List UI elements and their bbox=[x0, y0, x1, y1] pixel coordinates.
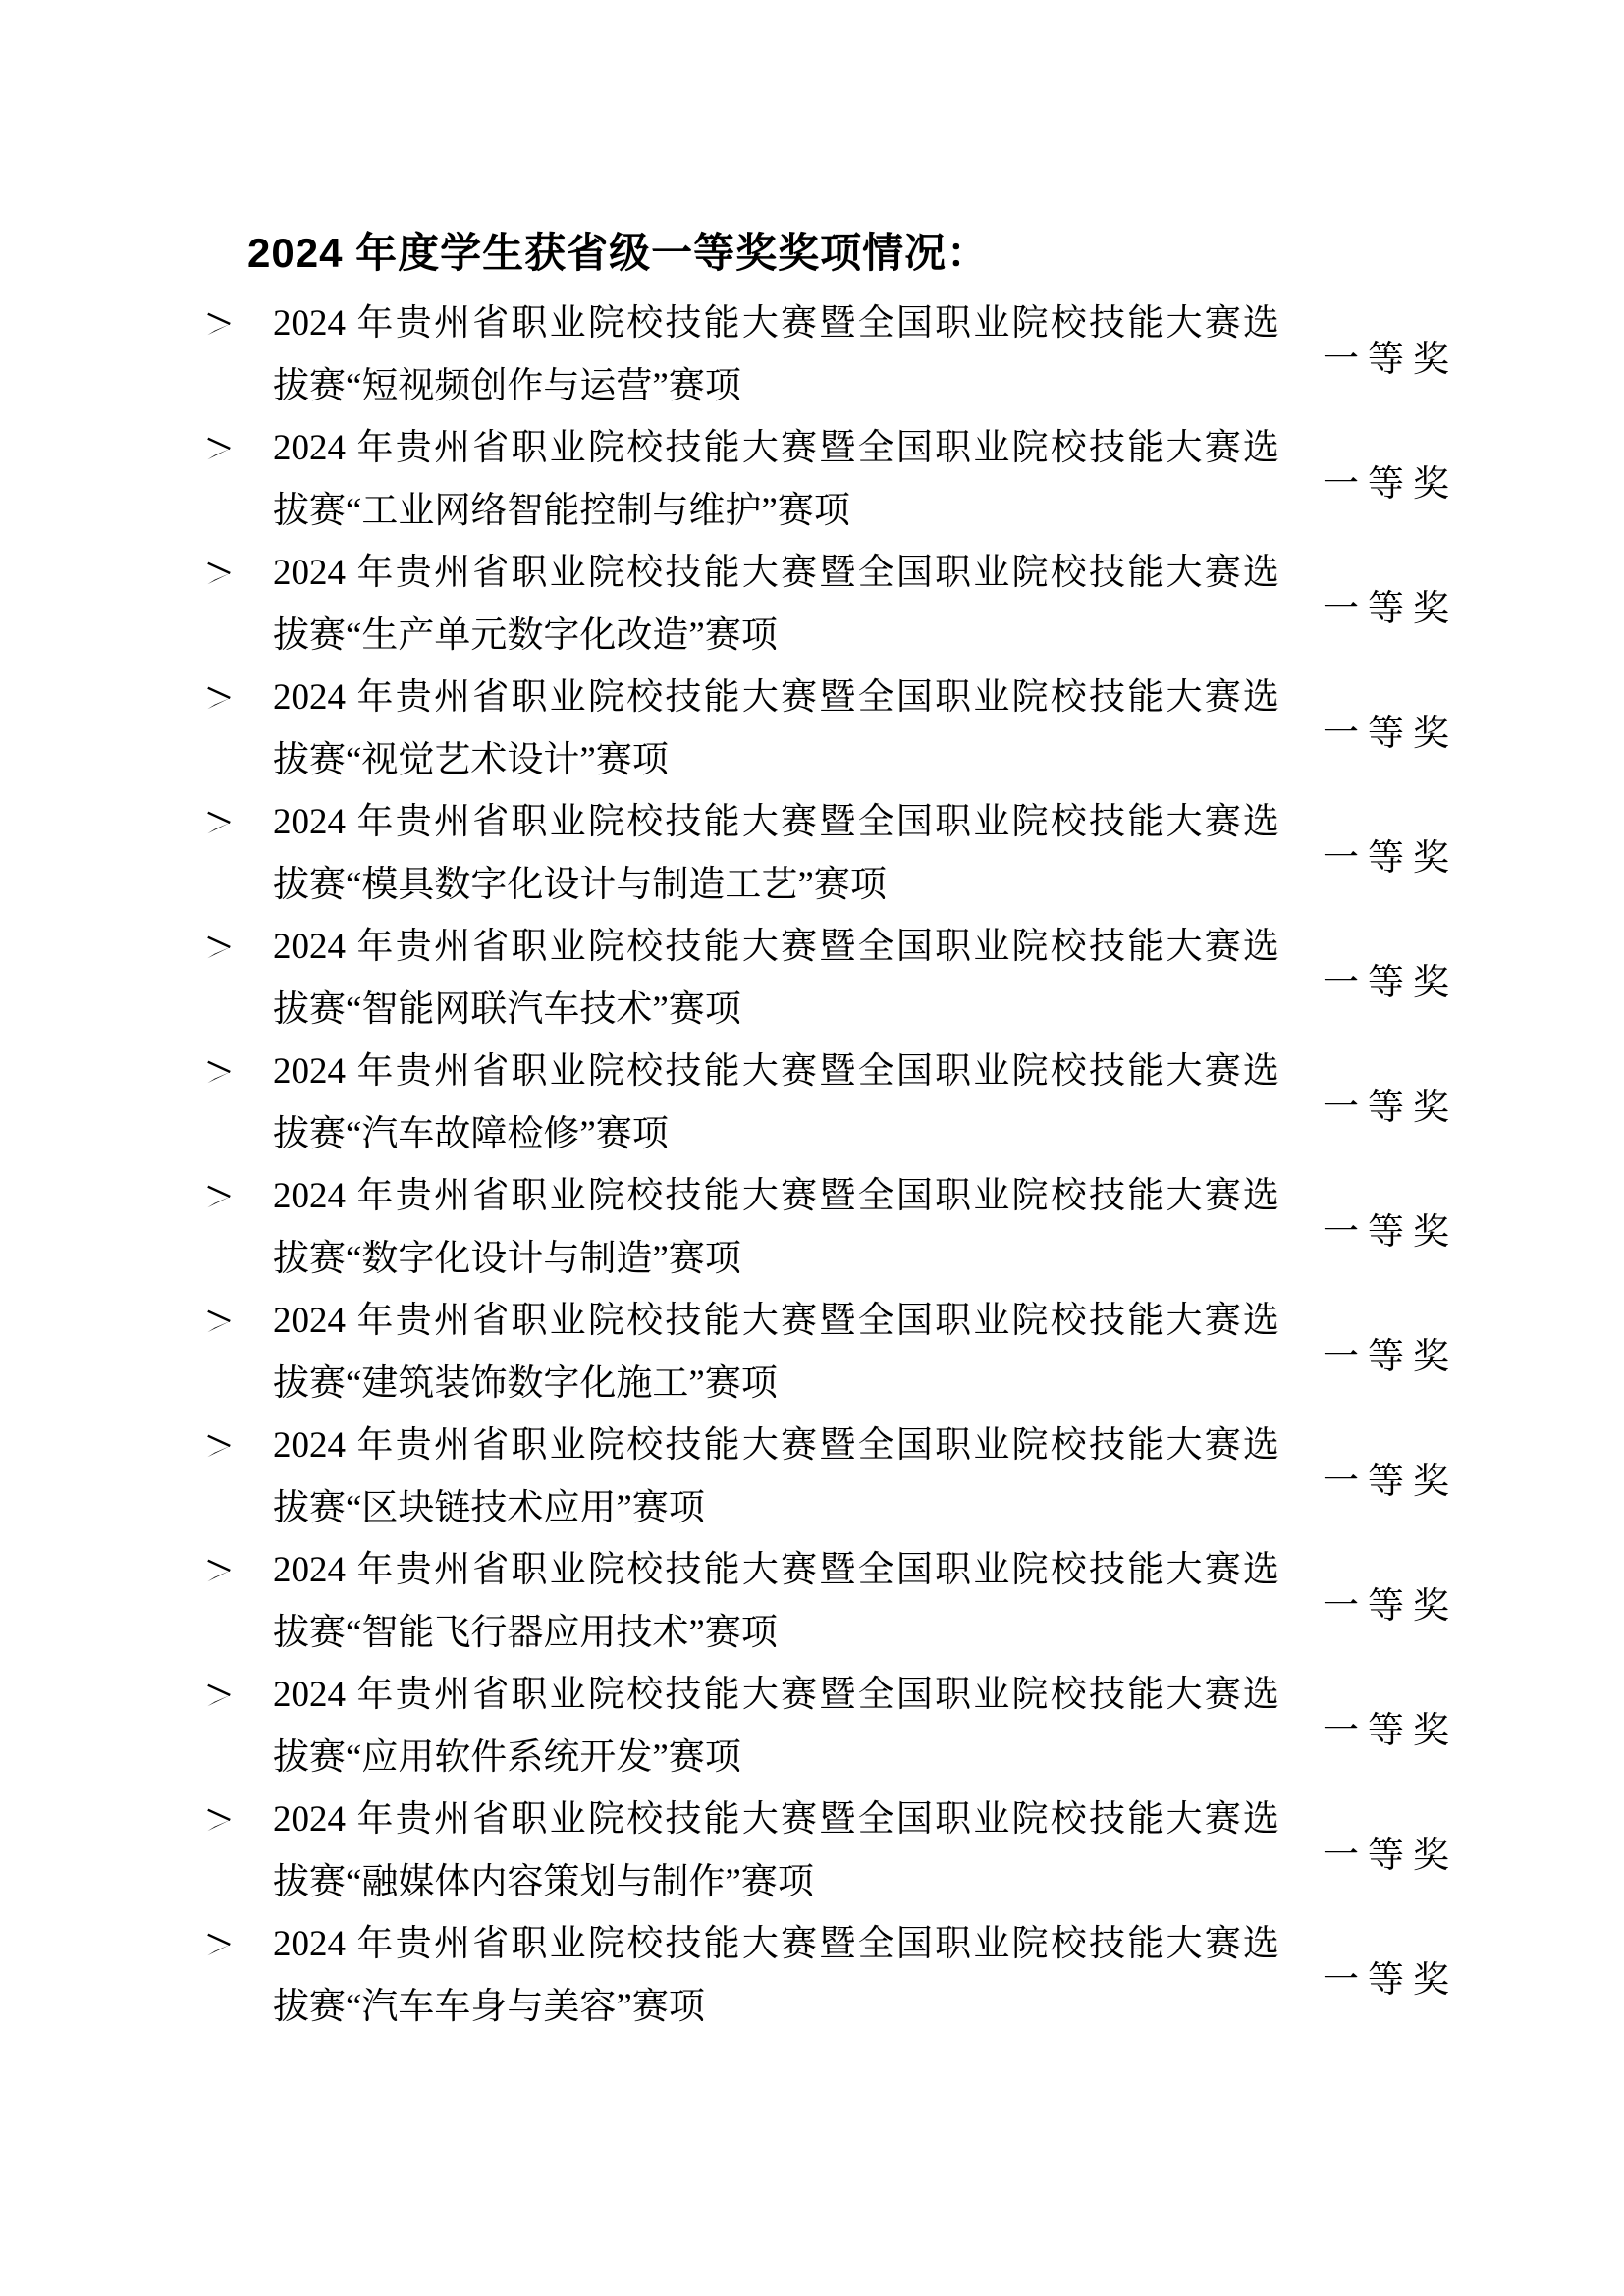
arrowhead-bullet-icon bbox=[204, 559, 234, 588]
item-line1: 2024 年贵州省职业院校技能大赛暨全国职业院校技能大赛选 bbox=[273, 1290, 1279, 1353]
item-line1: 2024 年贵州省职业院校技能大赛暨全国职业院校技能大赛选 bbox=[273, 417, 1279, 480]
arrowhead-bullet-icon bbox=[204, 1805, 234, 1835]
arrowhead-bullet-icon bbox=[204, 309, 234, 339]
item-line1: 2024 年贵州省职业院校技能大赛暨全国职业院校技能大赛选 bbox=[273, 293, 1279, 355]
arrowhead-bullet-icon bbox=[204, 1307, 234, 1336]
arrowhead-bullet-icon bbox=[204, 933, 234, 962]
list-item: 2024 年贵州省职业院校技能大赛暨全国职业院校技能大赛选 拔赛“融媒体内容策划… bbox=[0, 1789, 1624, 1913]
award-label: 一等奖 bbox=[1323, 1575, 1458, 1629]
page-title: 2024 年度学生获省级一等奖奖项情况： bbox=[247, 224, 1624, 283]
award-label: 一等奖 bbox=[1323, 828, 1458, 881]
item-line2: 拔赛“应用软件系统开发”赛项 bbox=[273, 1727, 1279, 1789]
item-text: 2024 年贵州省职业院校技能大赛暨全国职业院校技能大赛选 拔赛“应用软件系统开… bbox=[273, 1664, 1279, 1789]
item-line1: 2024 年贵州省职业院校技能大赛暨全国职业院校技能大赛选 bbox=[273, 1539, 1279, 1602]
arrowhead-bullet-icon bbox=[204, 1057, 234, 1087]
award-label: 一等奖 bbox=[1323, 1326, 1458, 1379]
list-item: 2024 年贵州省职业院校技能大赛暨全国职业院校技能大赛选 拔赛“数字化设计与制… bbox=[0, 1165, 1624, 1290]
award-label: 一等奖 bbox=[1323, 1700, 1458, 1753]
item-line2: 拔赛“短视频创作与运营”赛项 bbox=[273, 355, 1279, 418]
item-text: 2024 年贵州省职业院校技能大赛暨全国职业院校技能大赛选 拔赛“工业网络智能控… bbox=[273, 417, 1279, 542]
arrowhead-bullet-icon bbox=[204, 1681, 234, 1710]
item-text: 2024 年贵州省职业院校技能大赛暨全国职业院校技能大赛选 拔赛“生产单元数字化… bbox=[273, 542, 1279, 667]
arrowhead-bullet-icon bbox=[204, 683, 234, 713]
item-text: 2024 年贵州省职业院校技能大赛暨全国职业院校技能大赛选 拔赛“数字化设计与制… bbox=[273, 1165, 1279, 1290]
list-item: 2024 年贵州省职业院校技能大赛暨全国职业院校技能大赛选 拔赛“短视频创作与运… bbox=[0, 293, 1624, 417]
item-text: 2024 年贵州省职业院校技能大赛暨全国职业院校技能大赛选 拔赛“建筑装饰数字化… bbox=[273, 1290, 1279, 1415]
item-line2: 拔赛“汽车车身与美容”赛项 bbox=[273, 1976, 1279, 2039]
arrowhead-bullet-icon bbox=[204, 1182, 234, 1211]
award-label: 一等奖 bbox=[1323, 1077, 1458, 1130]
award-label: 一等奖 bbox=[1323, 578, 1458, 631]
item-line2: 拔赛“汽车故障检修”赛项 bbox=[273, 1103, 1279, 1166]
item-line1: 2024 年贵州省职业院校技能大赛暨全国职业院校技能大赛选 bbox=[273, 1041, 1279, 1103]
award-label: 一等奖 bbox=[1323, 1201, 1458, 1255]
item-text: 2024 年贵州省职业院校技能大赛暨全国职业院校技能大赛选 拔赛“智能网联汽车技… bbox=[273, 916, 1279, 1041]
arrowhead-bullet-icon bbox=[204, 434, 234, 463]
award-label: 一等奖 bbox=[1323, 1451, 1458, 1504]
award-label: 一等奖 bbox=[1323, 1825, 1458, 1878]
item-line2: 拔赛“区块链技术应用”赛项 bbox=[273, 1477, 1279, 1540]
item-line2: 拔赛“生产单元数字化改造”赛项 bbox=[273, 605, 1279, 667]
list-item: 2024 年贵州省职业院校技能大赛暨全国职业院校技能大赛选 拔赛“区块链技术应用… bbox=[0, 1415, 1624, 1539]
award-label: 一等奖 bbox=[1323, 329, 1458, 382]
item-text: 2024 年贵州省职业院校技能大赛暨全国职业院校技能大赛选 拔赛“智能飞行器应用… bbox=[273, 1539, 1279, 1664]
item-line1: 2024 年贵州省职业院校技能大赛暨全国职业院校技能大赛选 bbox=[273, 1664, 1279, 1727]
list-item: 2024 年贵州省职业院校技能大赛暨全国职业院校技能大赛选 拔赛“模具数字化设计… bbox=[0, 791, 1624, 916]
item-line2: 拔赛“建筑装饰数字化施工”赛项 bbox=[273, 1353, 1279, 1415]
list-item: 2024 年贵州省职业院校技能大赛暨全国职业院校技能大赛选 拔赛“智能飞行器应用… bbox=[0, 1539, 1624, 1664]
list-item: 2024 年贵州省职业院校技能大赛暨全国职业院校技能大赛选 拔赛“汽车故障检修”… bbox=[0, 1041, 1624, 1165]
item-text: 2024 年贵州省职业院校技能大赛暨全国职业院校技能大赛选 拔赛“区块链技术应用… bbox=[273, 1415, 1279, 1539]
item-text: 2024 年贵州省职业院校技能大赛暨全国职业院校技能大赛选 拔赛“汽车故障检修”… bbox=[273, 1041, 1279, 1165]
list-item: 2024 年贵州省职业院校技能大赛暨全国职业院校技能大赛选 拔赛“建筑装饰数字化… bbox=[0, 1290, 1624, 1415]
list-item: 2024 年贵州省职业院校技能大赛暨全国职业院校技能大赛选 拔赛“应用软件系统开… bbox=[0, 1664, 1624, 1789]
item-text: 2024 年贵州省职业院校技能大赛暨全国职业院校技能大赛选 拔赛“模具数字化设计… bbox=[273, 791, 1279, 916]
item-line1: 2024 年贵州省职业院校技能大赛暨全国职业院校技能大赛选 bbox=[273, 916, 1279, 979]
item-text: 2024 年贵州省职业院校技能大赛暨全国职业院校技能大赛选 拔赛“汽车车身与美容… bbox=[273, 1913, 1279, 2038]
item-line2: 拔赛“工业网络智能控制与维护”赛项 bbox=[273, 480, 1279, 543]
item-line1: 2024 年贵州省职业院校技能大赛暨全国职业院校技能大赛选 bbox=[273, 1165, 1279, 1228]
arrowhead-bullet-icon bbox=[204, 1930, 234, 1959]
item-line2: 拔赛“模具数字化设计与制造工艺”赛项 bbox=[273, 854, 1279, 917]
list-item: 2024 年贵州省职业院校技能大赛暨全国职业院校技能大赛选 拔赛“工业网络智能控… bbox=[0, 417, 1624, 542]
list-item: 2024 年贵州省职业院校技能大赛暨全国职业院校技能大赛选 拔赛“生产单元数字化… bbox=[0, 542, 1624, 667]
arrowhead-bullet-icon bbox=[204, 1431, 234, 1461]
document-page: 2024 年度学生获省级一等奖奖项情况： 2024 年贵州省职业院校技能大赛暨全… bbox=[0, 0, 1624, 2296]
item-line1: 2024 年贵州省职业院校技能大赛暨全国职业院校技能大赛选 bbox=[273, 542, 1279, 605]
item-line2: 拔赛“数字化设计与制造”赛项 bbox=[273, 1228, 1279, 1291]
document-content: 2024 年度学生获省级一等奖奖项情况： 2024 年贵州省职业院校技能大赛暨全… bbox=[0, 224, 1624, 2038]
award-label: 一等奖 bbox=[1323, 703, 1458, 756]
arrowhead-bullet-icon bbox=[204, 1556, 234, 1585]
item-line1: 2024 年贵州省职业院校技能大赛暨全国职业院校技能大赛选 bbox=[273, 791, 1279, 854]
arrowhead-bullet-icon bbox=[204, 808, 234, 837]
item-line2: 拔赛“智能飞行器应用技术”赛项 bbox=[273, 1602, 1279, 1665]
list-item: 2024 年贵州省职业院校技能大赛暨全国职业院校技能大赛选 拔赛“视觉艺术设计”… bbox=[0, 667, 1624, 791]
item-line2: 拔赛“智能网联汽车技术”赛项 bbox=[273, 979, 1279, 1041]
item-line1: 2024 年贵州省职业院校技能大赛暨全国职业院校技能大赛选 bbox=[273, 667, 1279, 729]
award-label: 一等奖 bbox=[1323, 454, 1458, 507]
item-line1: 2024 年贵州省职业院校技能大赛暨全国职业院校技能大赛选 bbox=[273, 1913, 1279, 1976]
item-line1: 2024 年贵州省职业院校技能大赛暨全国职业院校技能大赛选 bbox=[273, 1789, 1279, 1851]
item-line2: 拔赛“视觉艺术设计”赛项 bbox=[273, 729, 1279, 792]
award-label: 一等奖 bbox=[1323, 952, 1458, 1005]
award-label: 一等奖 bbox=[1323, 1949, 1458, 2002]
list-item: 2024 年贵州省职业院校技能大赛暨全国职业院校技能大赛选 拔赛“智能网联汽车技… bbox=[0, 916, 1624, 1041]
item-text: 2024 年贵州省职业院校技能大赛暨全国职业院校技能大赛选 拔赛“视觉艺术设计”… bbox=[273, 667, 1279, 791]
list-item: 2024 年贵州省职业院校技能大赛暨全国职业院校技能大赛选 拔赛“汽车车身与美容… bbox=[0, 1913, 1624, 2038]
award-list: 2024 年贵州省职业院校技能大赛暨全国职业院校技能大赛选 拔赛“短视频创作与运… bbox=[0, 293, 1624, 2038]
item-text: 2024 年贵州省职业院校技能大赛暨全国职业院校技能大赛选 拔赛“短视频创作与运… bbox=[273, 293, 1279, 417]
item-line1: 2024 年贵州省职业院校技能大赛暨全国职业院校技能大赛选 bbox=[273, 1415, 1279, 1477]
item-line2: 拔赛“融媒体内容策划与制作”赛项 bbox=[273, 1851, 1279, 1914]
item-text: 2024 年贵州省职业院校技能大赛暨全国职业院校技能大赛选 拔赛“融媒体内容策划… bbox=[273, 1789, 1279, 1913]
